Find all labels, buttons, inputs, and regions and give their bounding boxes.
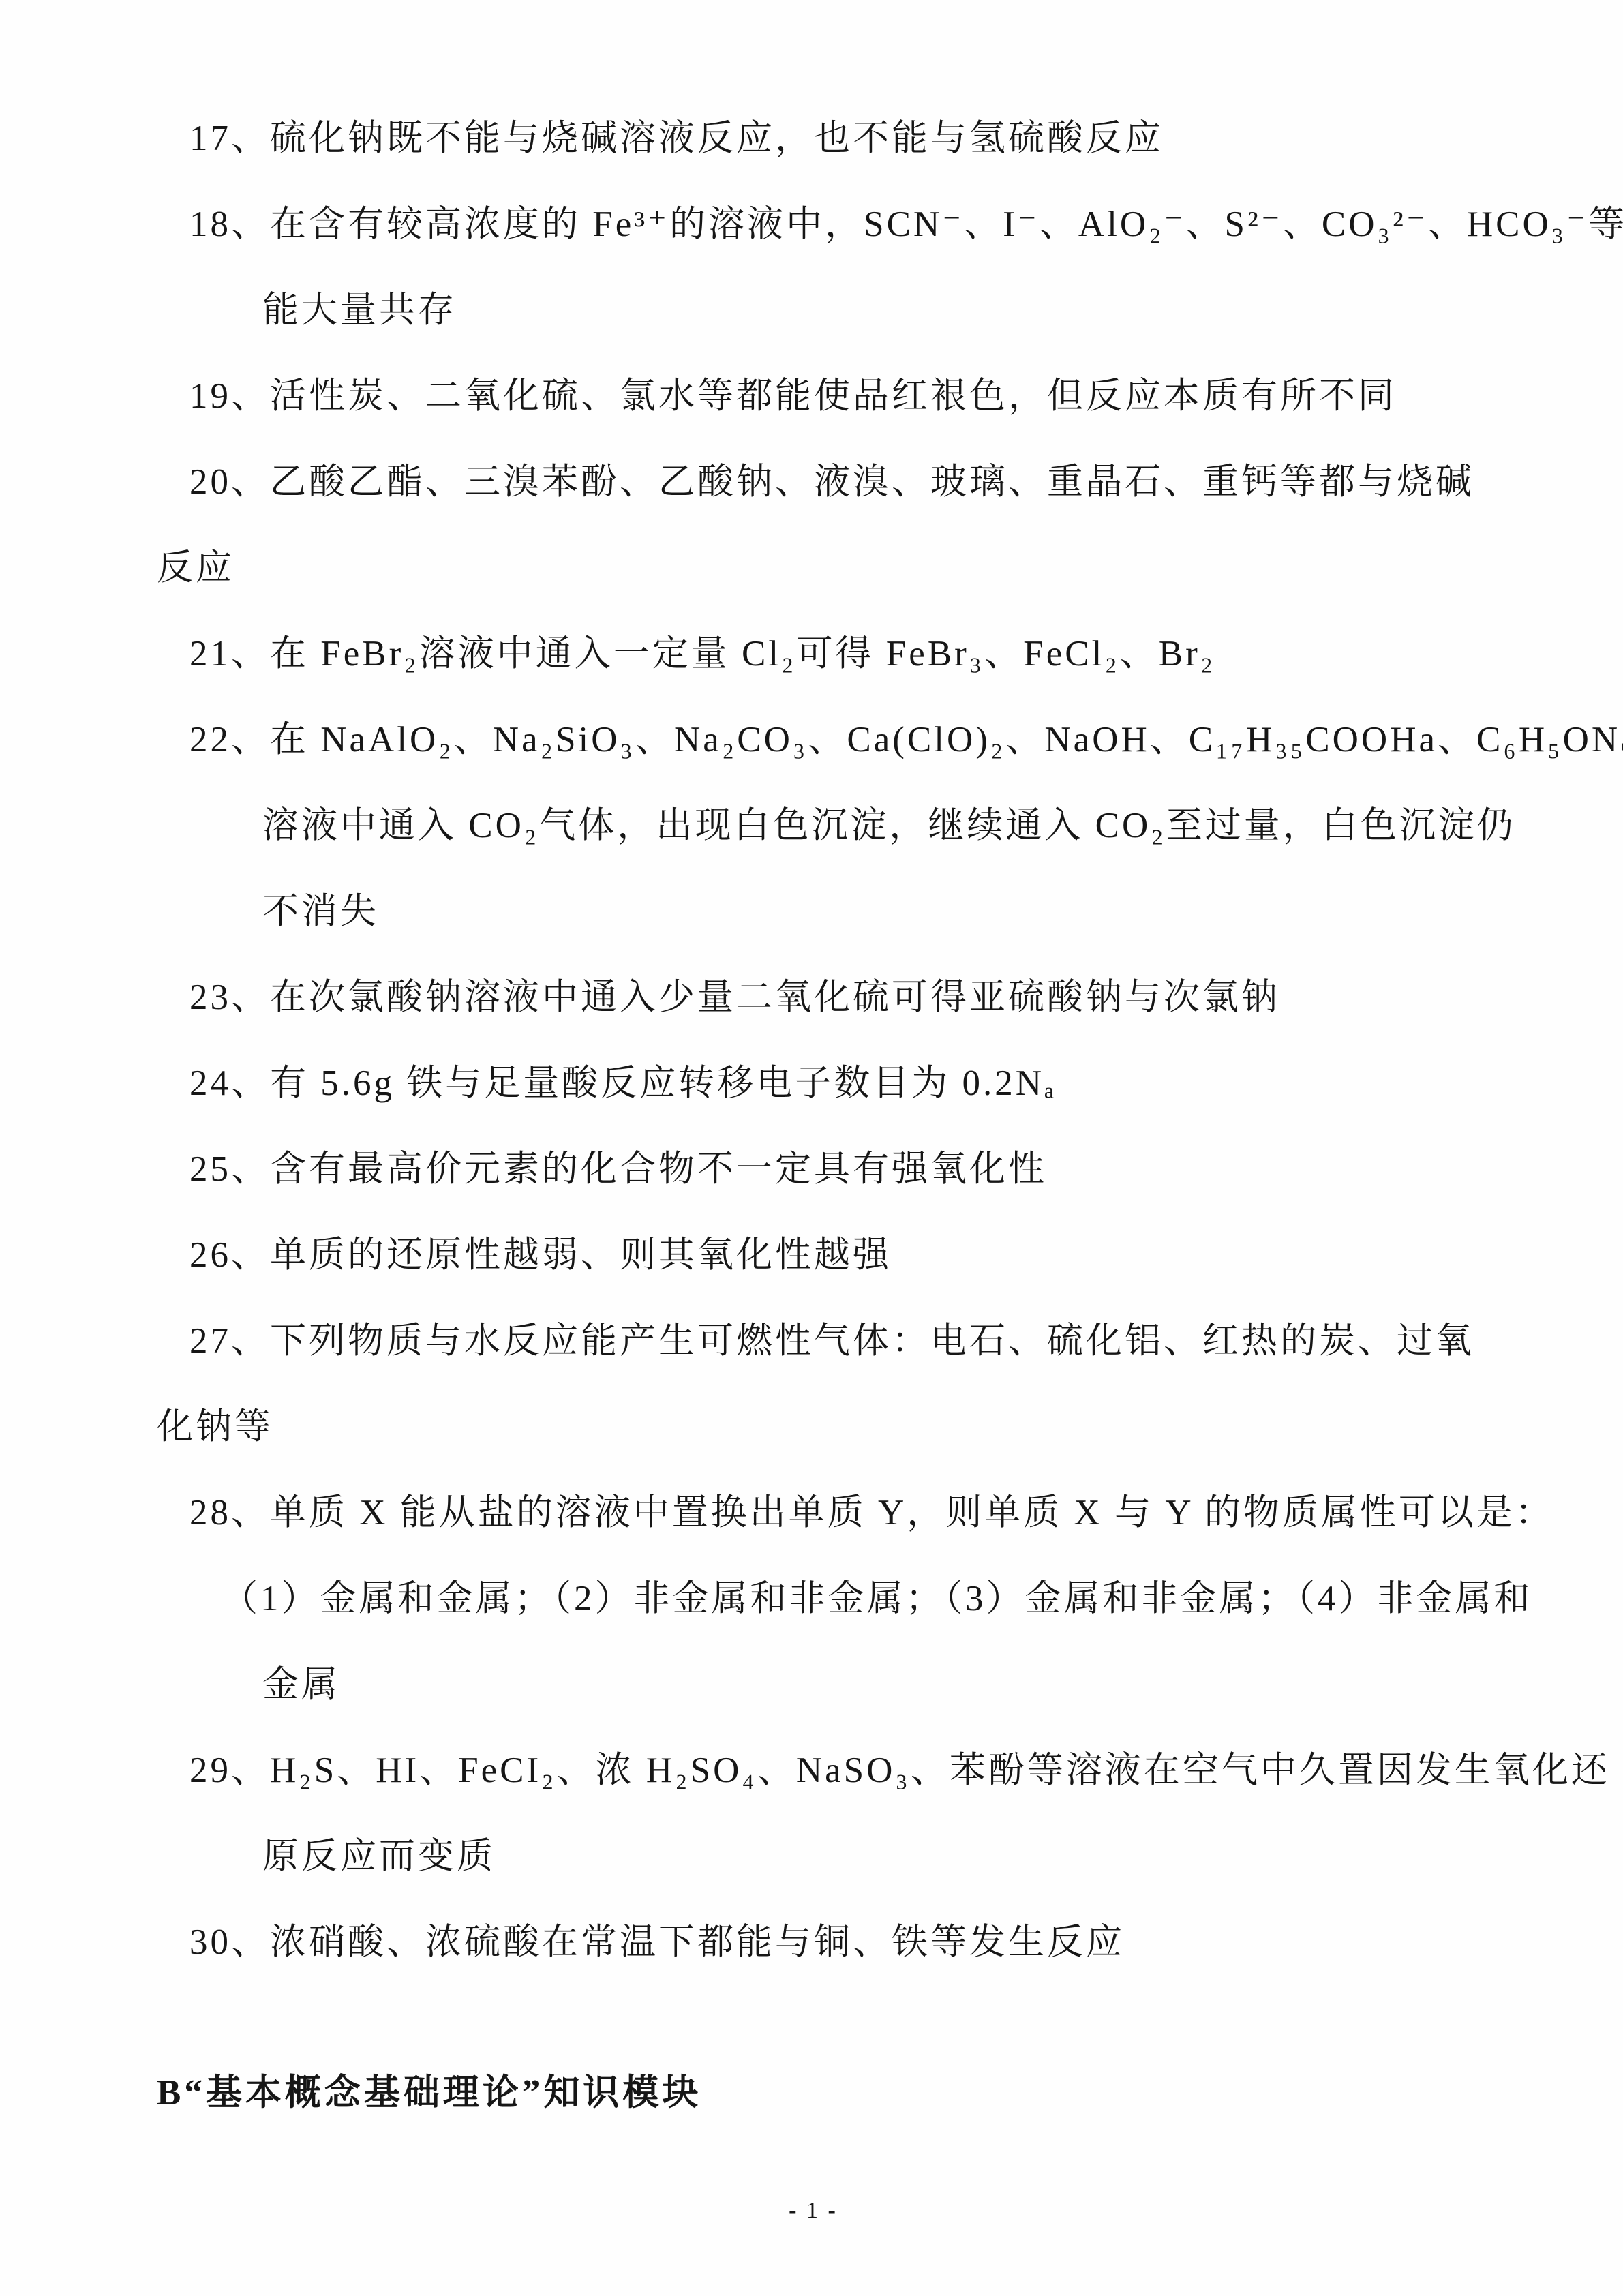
section-header: B“基本概念基础理论”知识模块: [157, 2050, 1470, 2136]
text-line-item-28-cont-1: （1）金属和金属；（2）非金属和非金属；（3）金属和非金属；（4）非金属和: [157, 1556, 1470, 1642]
text-line-item-25: 25、含有最高价元素的化合物不一定具有强氧化性: [157, 1126, 1470, 1212]
page-number: - 1 -: [157, 2190, 1470, 2231]
text-line-item-19: 19、活性炭、二氧化硫、氯水等都能使品红裉色，但反应本质有所不同: [157, 353, 1470, 439]
text-line-item-22-cont-1: 溶液中通入 CO₂气体，出现白色沉淀，继续通入 CO₂至过量，白色沉淀仍: [157, 783, 1470, 868]
text-line-item-30: 30、浓硝酸、浓硫酸在常温下都能与铜、铁等发生反应: [157, 1899, 1470, 1985]
text-line-item-20: 20、乙酸乙酯、三溴苯酚、乙酸钠、液溴、玻璃、重晶石、重钙等都与烧碱: [157, 439, 1470, 525]
text-line-item-20-cont: 反应: [157, 525, 1470, 611]
text-line-item-29: 29、H₂S、HI、FeCI₂、浓 H₂SO₄、NaSO₃、苯酚等溶液在空气中久…: [157, 1727, 1470, 1813]
text-line-item-22-cont-2: 不消失: [157, 868, 1470, 954]
text-line-item-18: 18、在含有较高浓度的 Fe³⁺的溶液中，SCN⁻、I⁻、AlO₂⁻、S²⁻、C…: [157, 181, 1470, 267]
text-line-item-28-cont-2: 金属: [157, 1642, 1470, 1727]
text-line-item-29-cont: 原反应而变质: [157, 1813, 1470, 1899]
text-line-item-27: 27、下列物质与水反应能产生可燃性气体：电石、硫化铝、红热的炭、过氧: [157, 1298, 1470, 1384]
text-line-item-17: 17、硫化钠既不能与烧碱溶液反应，也不能与氢硫酸反应: [157, 95, 1470, 181]
text-line-item-24: 24、有 5.6g 铁与足量酸反应转移电子数目为 0.2Nₐ: [157, 1040, 1470, 1126]
text-line-item-23: 23、在次氯酸钠溶液中通入少量二氧化硫可得亚硫酸钠与次氯钠: [157, 954, 1470, 1040]
text-line-item-26: 26、单质的还原性越弱、则其氧化性越强: [157, 1212, 1470, 1298]
text-line-item-18-cont: 能大量共存: [157, 267, 1470, 353]
text-line-item-27-cont: 化钠等: [157, 1384, 1470, 1470]
document-page: 17、硫化钠既不能与烧碱溶液反应，也不能与氢硫酸反应 18、在含有较高浓度的 F…: [0, 0, 1623, 2296]
text-line-item-22: 22、在 NaAlO₂、Na₂SiO₃、Na₂CO₃、Ca(ClO)₂、NaOH…: [157, 697, 1470, 783]
text-line-item-28: 28、单质 X 能从盐的溶液中置换出单质 Y，则单质 X 与 Y 的物质属性可以…: [157, 1470, 1470, 1556]
document-body: 17、硫化钠既不能与烧碱溶液反应，也不能与氢硫酸反应 18、在含有较高浓度的 F…: [157, 95, 1470, 1985]
text-line-item-21: 21、在 FeBr₂溶液中通入一定量 Cl₂可得 FeBr₃、FeCl₂、Br₂: [157, 611, 1470, 697]
